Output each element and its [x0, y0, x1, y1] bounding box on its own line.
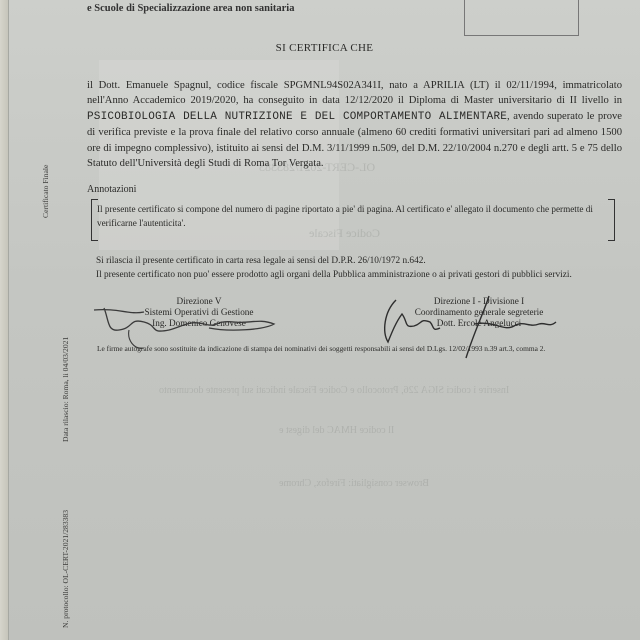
legal-line-1: Si rilascia il presente certificato in c…: [96, 254, 626, 268]
signatory-office: Direzione I - Divisione I: [399, 296, 559, 307]
signatory-name: Ing. Domenico Genovese: [119, 318, 279, 329]
annotations-text: Il presente certificato si compone del n…: [97, 204, 593, 228]
signatory-name: Dott. Ercole Angelucci: [399, 318, 559, 329]
side-label-issue-date: Data rilascio: Roma, li 04/03/2021: [61, 337, 70, 442]
revenue-stamp-label: Marca da bollo: [490, 0, 554, 3]
bleed-through-text: Inserire i codici SIGA 226, Protocollo e…: [159, 385, 509, 396]
annotations-label: Annotazioni: [87, 184, 136, 195]
signature-block-right: Direzione I - Divisione I Coordinamento …: [399, 296, 559, 329]
signature-footnote: Le firme autografe sono sostituite da in…: [97, 344, 637, 353]
bleed-through-text: Il codice HMAC del digest e: [279, 425, 394, 436]
certificate-title: SI CERTIFICA CHE: [9, 42, 640, 54]
bleed-through-text: Browser consigliati: Firefox, Chrome: [279, 478, 429, 489]
certificate-body: il Dott. Emanuele Spagnul, codice fiscal…: [87, 78, 622, 171]
side-label-certificate-type: Certificato Finale: [41, 165, 50, 218]
legal-line-2: Il presente certificato non puo' essere …: [96, 268, 626, 282]
revenue-stamp-box: Marca da bollo: [464, 0, 579, 36]
body-intro: il Dott. Emanuele Spagnul, codice fiscal…: [87, 80, 622, 106]
side-label-protocol-number: N. protocollo: OL-CERT-2021/283383: [61, 510, 70, 628]
signatory-unit: Coordinamento generale segreterie: [399, 307, 559, 318]
signature-block-left: Direzione V Sistemi Operativi di Gestion…: [119, 296, 279, 329]
paper-edge: [0, 0, 9, 640]
signatory-office: Direzione V: [119, 296, 279, 307]
signatory-unit: Sistemi Operativi di Gestione: [119, 307, 279, 318]
legal-notice: Si rilascia il presente certificato in c…: [96, 254, 626, 282]
course-name: PSICOBIOLOGIA DELLA NUTRIZIONE E DEL COM…: [87, 111, 507, 123]
certificate-page: Codice Fiscale OL-CERT-2021/283383 Inser…: [9, 0, 640, 640]
institution-header: e Scuole di Specializzazione area non sa…: [87, 3, 294, 14]
annotations-box: Il presente certificato si compone del n…: [91, 199, 615, 241]
